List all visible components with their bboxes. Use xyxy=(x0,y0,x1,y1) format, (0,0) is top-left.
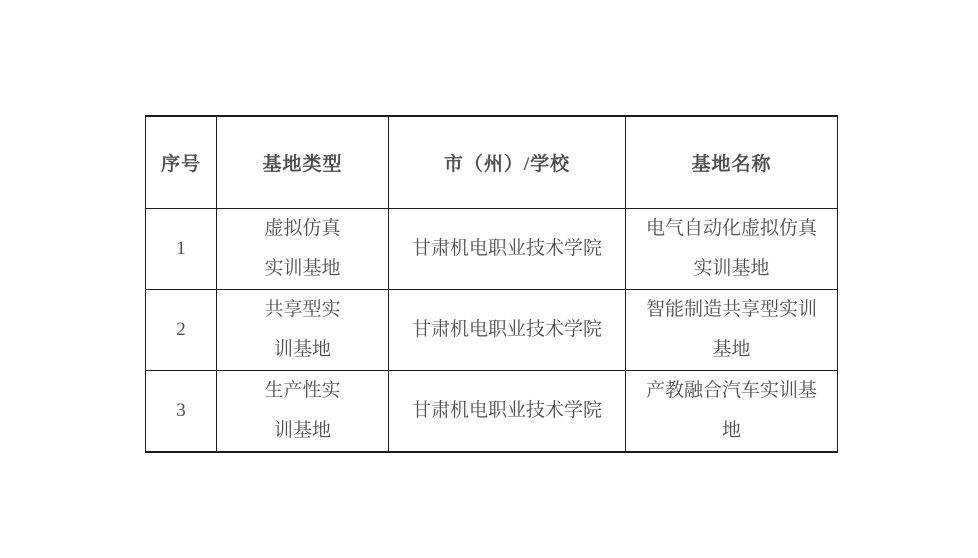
table-row: 1 虚拟仿真 实训基地 甘肃机电职业技术学院 电气自动化虚拟仿真 实训基地 xyxy=(146,208,838,289)
cell-base-type: 共享型实 训基地 xyxy=(217,289,389,370)
cell-serial-number: 3 xyxy=(146,370,217,452)
header-city-school: 市（州）/学校 xyxy=(389,116,626,208)
table-row: 2 共享型实 训基地 甘肃机电职业技术学院 智能制造共享型实训 基地 xyxy=(146,289,838,370)
cell-base-name: 电气自动化虚拟仿真 实训基地 xyxy=(626,208,838,289)
cell-serial-number: 2 xyxy=(146,289,217,370)
cell-base-name: 产教融合汽车实训基 地 xyxy=(626,370,838,452)
table-row: 3 生产性实 训基地 甘肃机电职业技术学院 产教融合汽车实训基 地 xyxy=(146,370,838,452)
header-base-type: 基地类型 xyxy=(217,116,389,208)
cell-base-type: 生产性实 训基地 xyxy=(217,370,389,452)
cell-school: 甘肃机电职业技术学院 xyxy=(389,208,626,289)
cell-base-type: 虚拟仿真 实训基地 xyxy=(217,208,389,289)
cell-school: 甘肃机电职业技术学院 xyxy=(389,289,626,370)
cell-serial-number: 1 xyxy=(146,208,217,289)
training-base-table: 序号 基地类型 市（州）/学校 基地名称 1 虚拟仿真 实训基地 甘肃机电职业技… xyxy=(145,115,838,453)
document-page: 序号 基地类型 市（州）/学校 基地名称 1 虚拟仿真 实训基地 甘肃机电职业技… xyxy=(0,0,978,558)
header-base-name: 基地名称 xyxy=(626,116,838,208)
header-serial-number: 序号 xyxy=(146,116,217,208)
cell-school: 甘肃机电职业技术学院 xyxy=(389,370,626,452)
table-header-row: 序号 基地类型 市（州）/学校 基地名称 xyxy=(146,116,838,208)
cell-base-name: 智能制造共享型实训 基地 xyxy=(626,289,838,370)
